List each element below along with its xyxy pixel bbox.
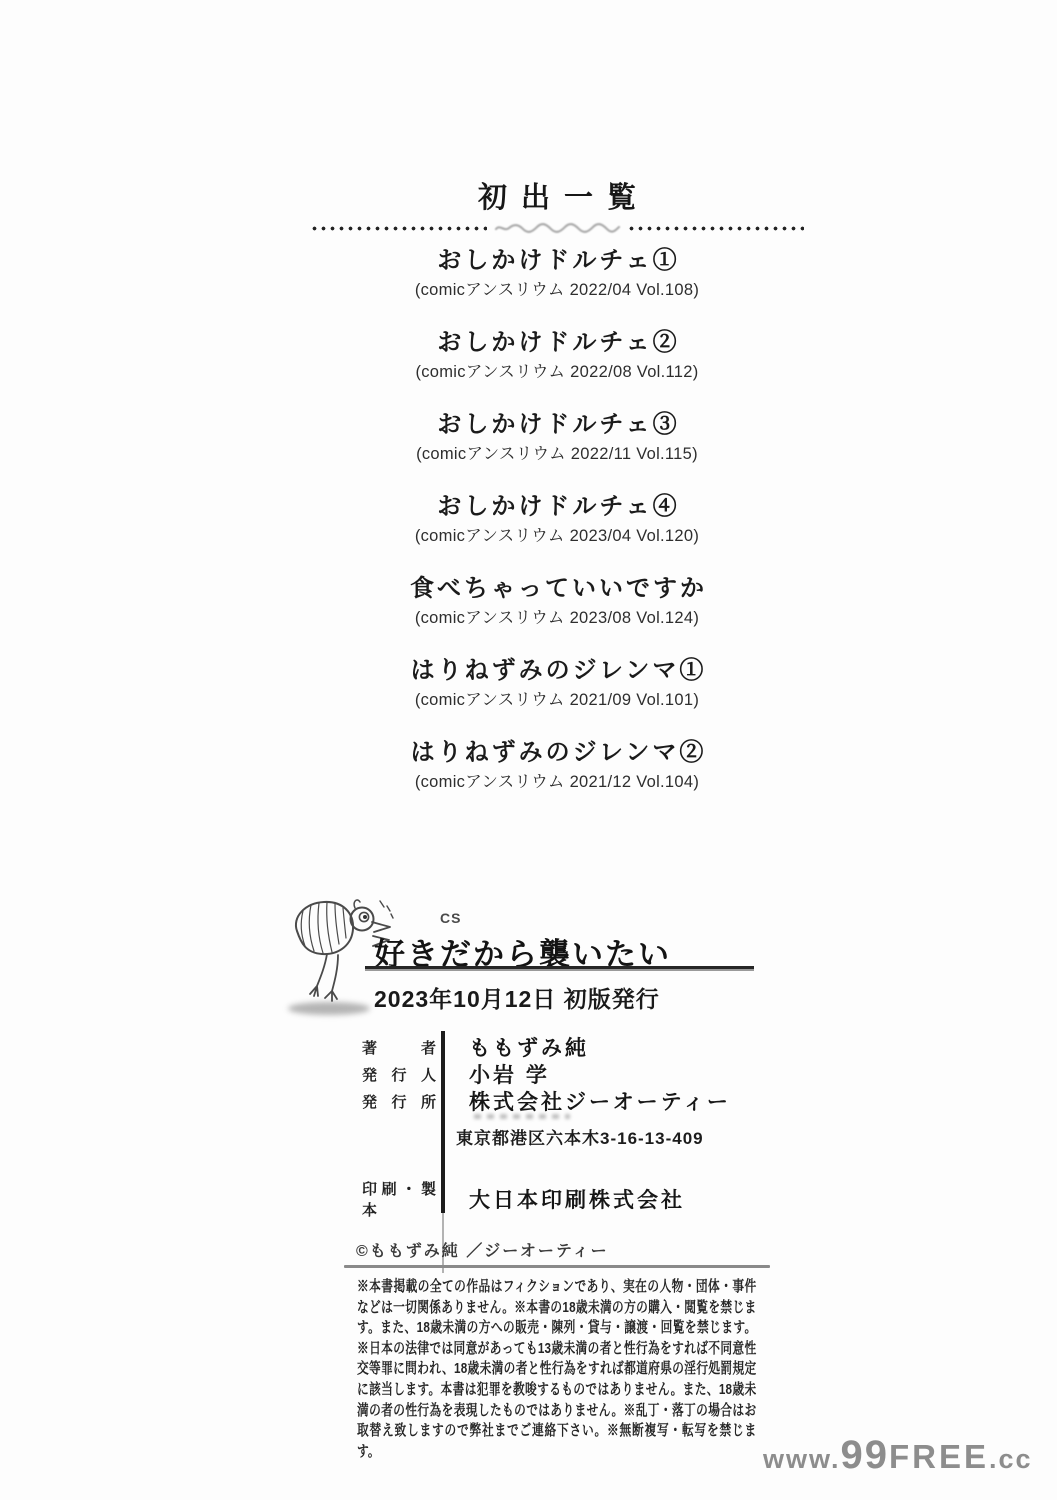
dotted-divider-left — [310, 226, 487, 231]
entry-source: (comicアンスリウム 2021/12 Vol.104) — [310, 773, 804, 791]
watermark-www: www. — [763, 1444, 841, 1474]
publication-entries: おしかけドルチェ① (comicアンスリウム 2022/04 Vol.108) … — [310, 248, 804, 791]
copyright-line: ©ももずみ純 ／ジーオーティー — [356, 1238, 609, 1261]
credit-row-publisher-person: 発行人 小岩 学 — [362, 1059, 550, 1089]
credit-label: 著者 — [362, 1037, 436, 1058]
watermark-cc: .cc — [989, 1444, 1033, 1474]
separator-rule — [344, 1265, 770, 1268]
legal-disclaimer: ※本書掲載の全ての作品はフィクションであり、実在の人物・団体・事件などは一切関係… — [357, 1277, 756, 1462]
entry-source: (comicアンスリウム 2021/09 Vol.101) — [310, 691, 804, 709]
entry-source: (comicアンスリウム 2023/04 Vol.120) — [310, 527, 804, 545]
credit-label: 発行人 — [362, 1064, 436, 1085]
credit-value: 大日本印刷株式会社 — [469, 1184, 685, 1214]
entry-title: おしかけドルチェ④ — [310, 494, 804, 520]
dotted-divider — [310, 225, 804, 231]
watermark-99: 99 — [841, 1433, 890, 1477]
watermark-free: FREE — [889, 1438, 989, 1475]
list-item: おしかけドルチェ① (comicアンスリウム 2022/04 Vol.108) — [310, 248, 804, 299]
list-item: はりねずみのジレンマ② (comicアンスリウム 2021/12 Vol.104… — [310, 740, 804, 791]
list-item: おしかけドルチェ③ (comicアンスリウム 2022/11 Vol.115) — [310, 412, 804, 463]
scanned-book-page: 初出一覧 おしかけドルチェ① (comicアンスリウム 2022/04 Vol.… — [0, 0, 1057, 1500]
edition-date: 2023年10月12日 初版発行 — [374, 981, 660, 1014]
entry-source: (comicアンスリウム 2022/04 Vol.108) — [310, 281, 804, 299]
credit-row-publisher-company: 発行所 株式会社ジーオーティー — [362, 1086, 731, 1116]
credit-row-printer: 印刷・製本 大日本印刷株式会社 — [362, 1178, 685, 1220]
entry-title: おしかけドルチェ① — [310, 248, 804, 274]
credit-row-author: 著者 ももずみ純 — [362, 1032, 589, 1062]
publication-list-section: 初出一覧 おしかけドルチェ① (comicアンスリウム 2022/04 Vol.… — [310, 183, 804, 822]
entry-source: (comicアンスリウム 2022/11 Vol.115) — [310, 445, 804, 463]
entry-source: (comicアンスリウム 2022/08 Vol.112) — [310, 363, 804, 381]
list-item: おしかけドルチェ② (comicアンスリウム 2022/08 Vol.112) — [310, 330, 804, 381]
site-watermark: www.99FREE.cc — [763, 1431, 1033, 1488]
credit-value: 株式会社ジーオーティー — [469, 1086, 731, 1116]
publisher-address: 東京都港区六本木3-16-13-409 — [456, 1124, 704, 1149]
dotted-divider-right — [627, 226, 804, 231]
credit-label: 発行所 — [362, 1091, 436, 1112]
entry-title: 食べちゃっていいですか — [310, 576, 804, 602]
blurred-postal-code — [474, 1114, 570, 1119]
list-item: 食べちゃっていいですか (comicアンスリウム 2023/08 Vol.124… — [310, 576, 804, 627]
imprint-mark: CS — [440, 910, 461, 926]
credit-label: 印刷・製本 — [362, 1178, 436, 1220]
entry-source: (comicアンスリウム 2023/08 Vol.124) — [310, 609, 804, 627]
list-item: おしかけドルチェ④ (comicアンスリウム 2023/04 Vol.120) — [310, 494, 804, 545]
scribble-flourish-icon — [493, 222, 621, 234]
credit-value: 小岩 学 — [469, 1059, 550, 1089]
entry-title: おしかけドルチェ③ — [310, 412, 804, 438]
entry-title: はりねずみのジレンマ① — [310, 658, 804, 684]
entry-title: はりねずみのジレンマ② — [310, 740, 804, 766]
credit-value: ももずみ純 — [469, 1032, 589, 1062]
publication-list-title: 初出一覧 — [310, 183, 804, 213]
entry-title: おしかけドルチェ② — [310, 330, 804, 356]
title-underline — [365, 966, 754, 971]
list-item: はりねずみのジレンマ① (comicアンスリウム 2021/09 Vol.101… — [310, 658, 804, 709]
